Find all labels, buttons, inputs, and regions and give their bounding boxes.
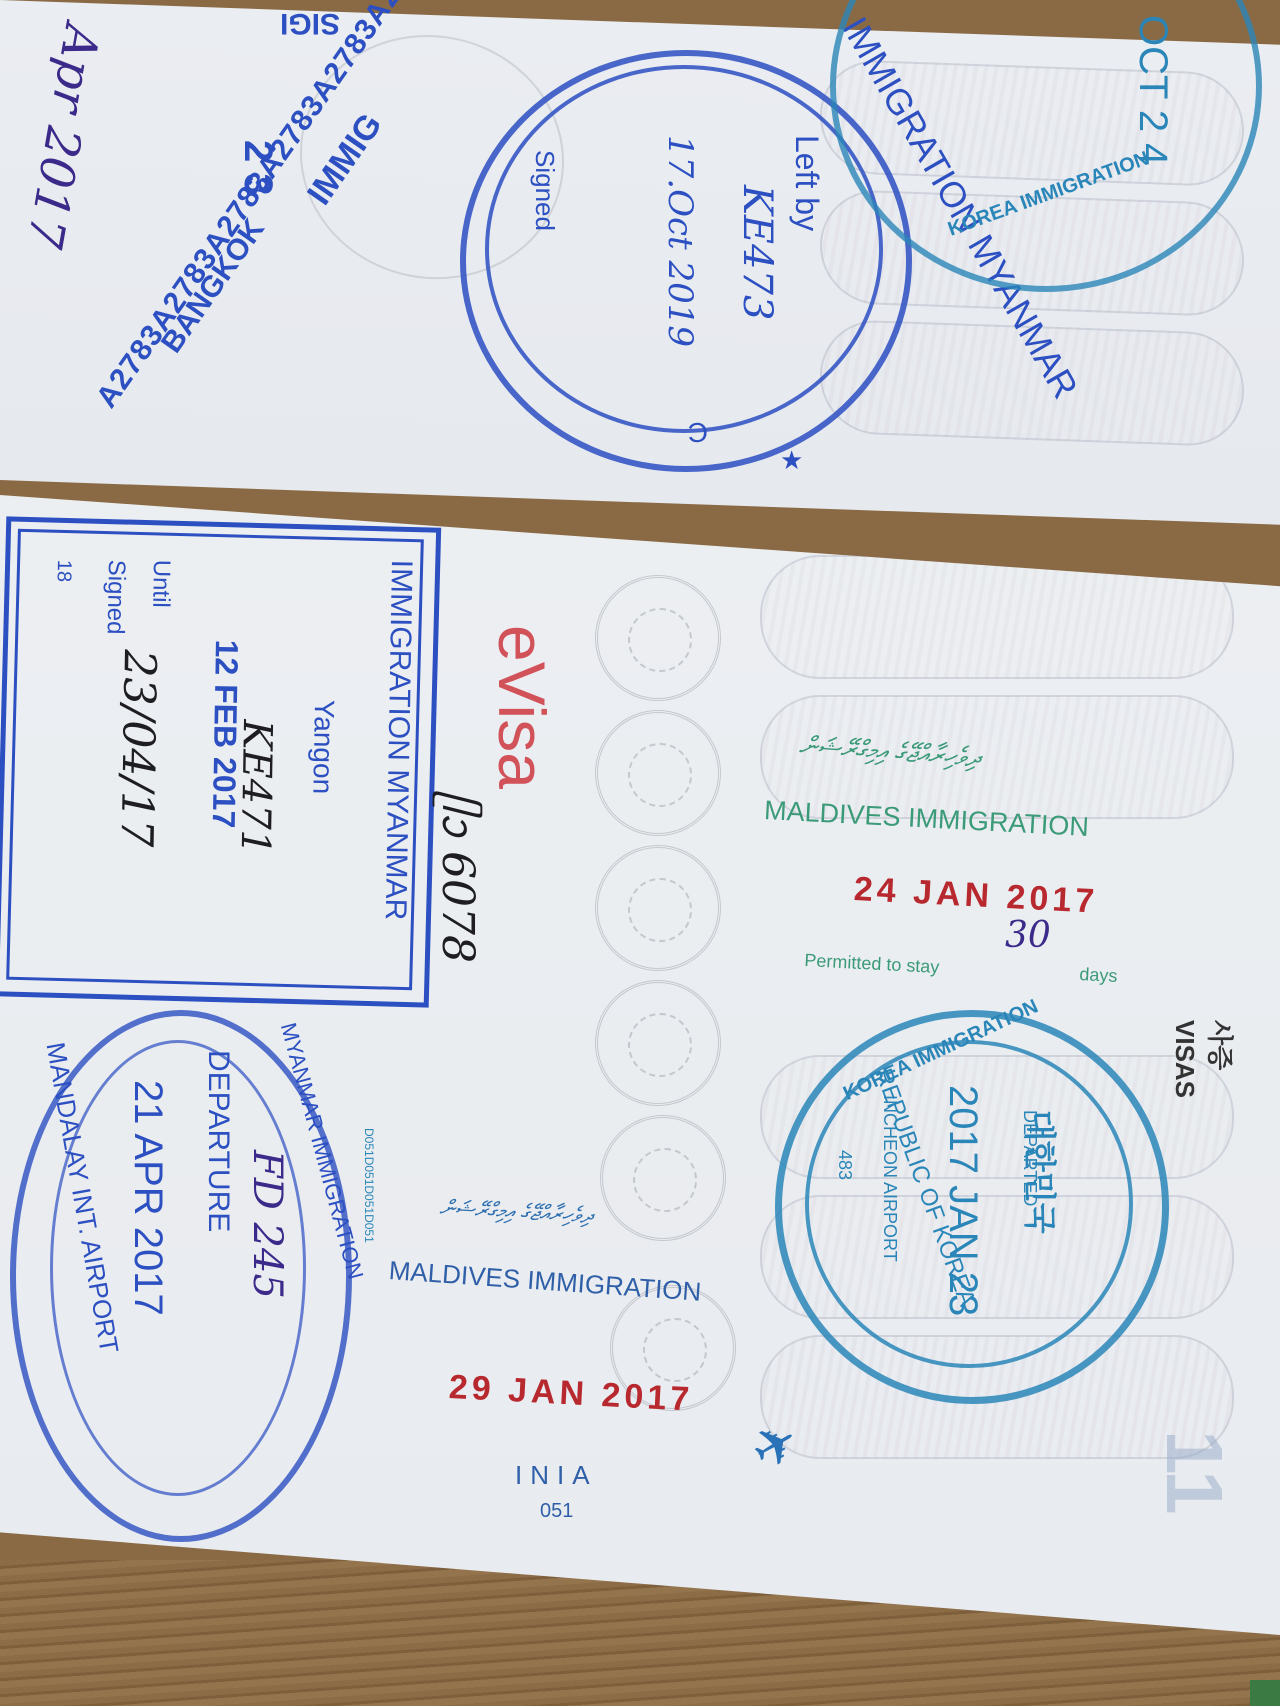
yangon-stamp-title: IMMIGRATION MYANMAR	[378, 559, 418, 920]
rosette-watermark	[595, 710, 721, 836]
maldives-departure-serial: D051D051D051D051	[362, 1128, 376, 1243]
rosette-watermark	[595, 845, 721, 971]
korea-departure-status: DEPARTED	[1019, 1110, 1040, 1206]
myanmar-stamp-date: 17.Oct 2019	[660, 135, 700, 347]
yangon-stamp-number: 18	[52, 560, 75, 583]
page-header-visas: VISAS	[1169, 1020, 1200, 1098]
myanmar-stamp-left-by-label: Left by	[788, 135, 825, 231]
rosette-watermark	[600, 1115, 726, 1241]
myanmar-stamp-star: ★	[780, 445, 803, 476]
korea-departure-code: 483	[834, 1150, 855, 1180]
evisa-number: ᥫᩣ 6078	[420, 790, 490, 963]
evisa-label: eVisa	[484, 625, 560, 789]
page-number: 11	[1148, 1430, 1240, 1515]
maldives-arrival-days: days	[1079, 964, 1118, 987]
yangon-stamp-flight: KE471	[232, 719, 280, 855]
page-header-korean: 사증	[1203, 1020, 1240, 1070]
rosette-watermark	[595, 575, 721, 701]
rosette-watermark	[595, 980, 721, 1106]
mandalay-stamp-status: DEPARTURE	[201, 1050, 235, 1232]
mandalay-stamp-date: 21 APR 2017	[125, 1080, 170, 1316]
maldives-departure-code: INIA	[515, 1460, 598, 1491]
thai-stamp-day: 2 3	[235, 140, 280, 196]
thai-stamp-sigi: SIGI	[280, 6, 340, 40]
korea-departure-airport: INCHEON AIRPORT	[879, 1095, 900, 1262]
korea-departure-date: 2017 JAN 23	[940, 1085, 985, 1316]
yangon-stamp-until-date: 23/04/17	[111, 649, 165, 847]
myanmar-stamp-flight: KE473	[734, 185, 780, 320]
yangon-stamp-until: Until	[146, 560, 175, 608]
myanmar-stamp-letter: C	[688, 416, 708, 448]
maldives-arrival-days-value: 30	[1005, 915, 1051, 956]
security-lane	[760, 555, 1234, 679]
myanmar-stamp-signed: Signed	[529, 150, 560, 231]
korea-stamp-top-date: OCT 2 4	[1130, 15, 1175, 165]
mandalay-stamp-flight: FD 245	[244, 1150, 290, 1299]
maldives-departure-number: 051	[540, 1500, 573, 1523]
green-object	[1250, 1680, 1280, 1706]
yangon-stamp-signed: Signed	[101, 560, 130, 635]
yangon-stamp-city: Yangon	[306, 699, 340, 794]
